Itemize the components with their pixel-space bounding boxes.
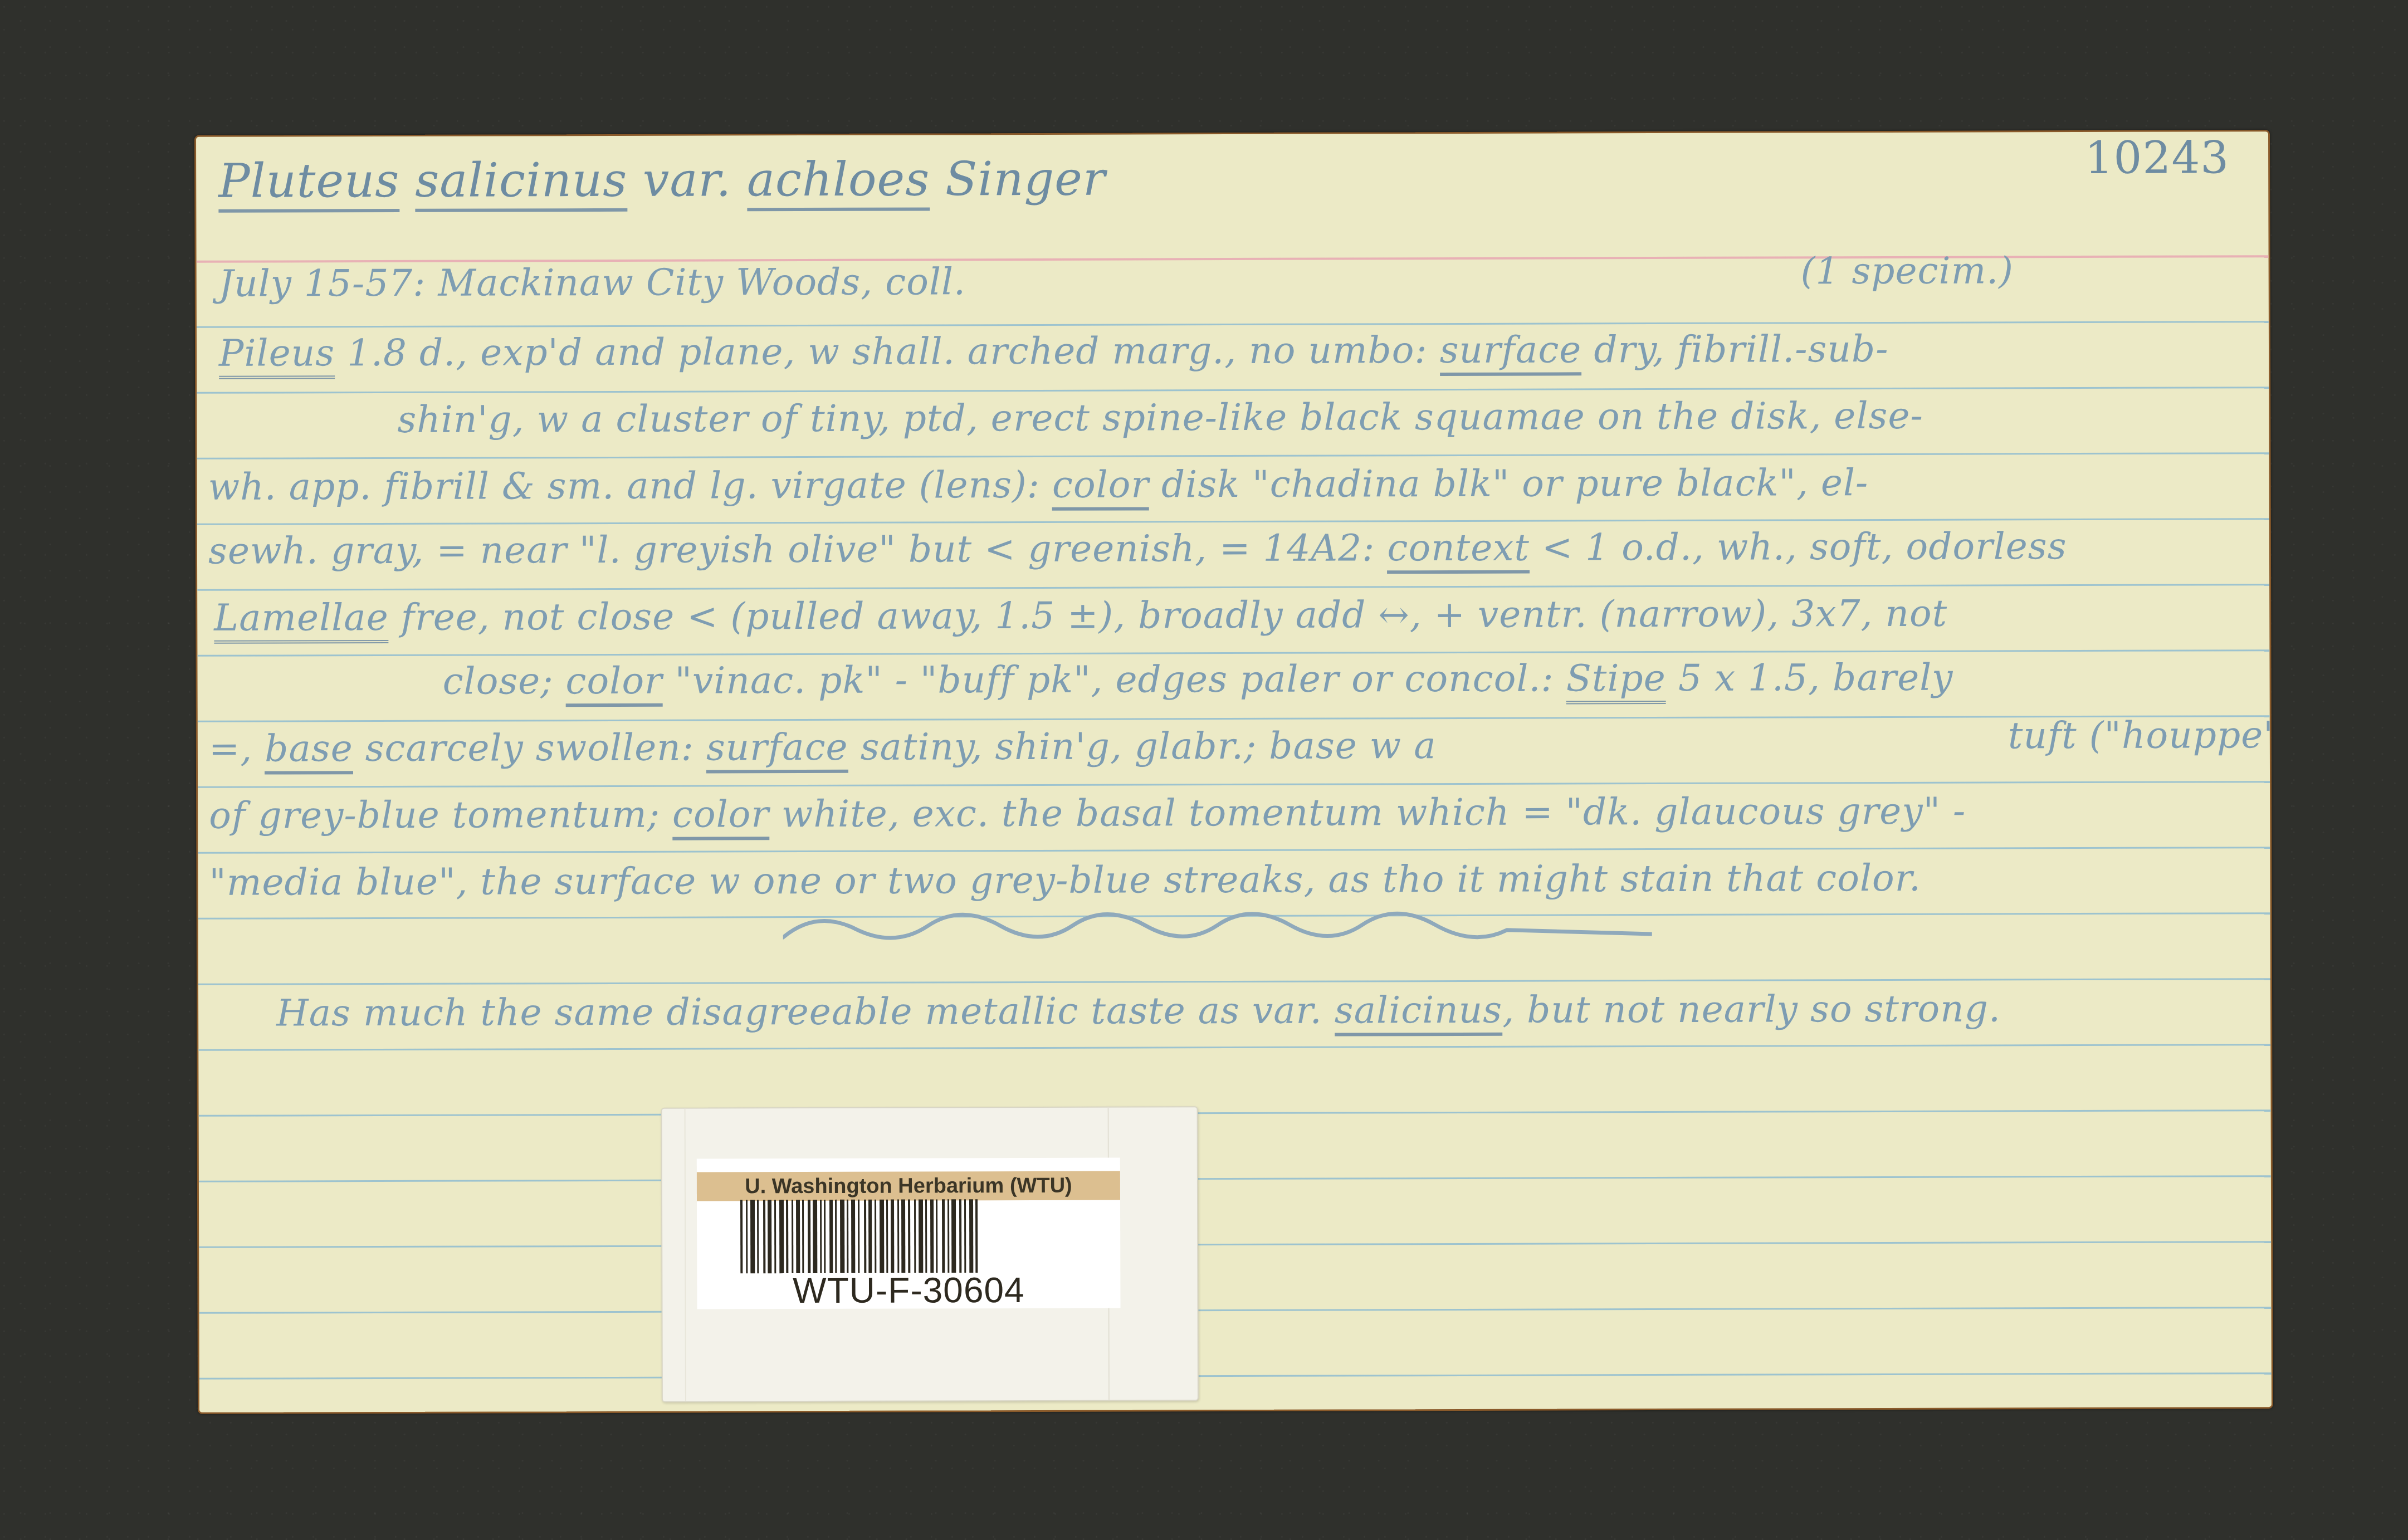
description-line: of grey-blue tomentum; color white, exc.…: [209, 790, 1966, 837]
description-line: shin'g, w a cluster of tiny, ptd, erect …: [397, 394, 1923, 441]
description-line: =, base scarcely swollen: surface satiny…: [209, 724, 1437, 770]
line-text: scarcely swollen:: [353, 726, 706, 770]
underlined-term: context: [1387, 526, 1530, 574]
line-text: of grey-blue tomentum;: [209, 793, 672, 837]
line-text: free, not close < (pulled away, 1.5 ±), …: [389, 592, 1948, 639]
rule-line: [197, 387, 2269, 394]
line-text: 5 x 1.5, barely: [1666, 656, 1953, 700]
rule-line: [198, 781, 2270, 788]
catalog-number: 10243: [2084, 131, 2229, 184]
line-text: dry, fibrill.-sub-: [1581, 327, 1888, 371]
underlined-term: color: [672, 793, 769, 840]
barcode-label: U. Washington Herbarium (WTU) WTU-F-3060…: [697, 1158, 1121, 1309]
herbarium-card: Pluteus salicinus var. achloes Singer 10…: [194, 130, 2273, 1414]
barcode: [740, 1199, 1074, 1274]
variety: achloes: [747, 151, 930, 211]
line-text: , but not nearly so strong.: [1502, 987, 2001, 1031]
tuft-note: tuft ("houppe"): [2008, 713, 2273, 757]
rule-line: [199, 1175, 2271, 1182]
line-text: wh. app. fibrill & sm. and lg. virgate (…: [208, 463, 1053, 509]
barcode-id: WTU-F-30604: [697, 1269, 1120, 1312]
line-text: sewh. gray, = near "l. greyish olive" bu…: [208, 526, 1388, 573]
collection-line: July 15-57: Mackinaw City Woods, coll.: [219, 260, 966, 305]
line-text: =,: [209, 727, 265, 770]
taste-note-line: Has much the same disagreeable metallic …: [276, 987, 2001, 1034]
author: Singer: [945, 151, 1106, 207]
label-mount: U. Washington Herbarium (WTU) WTU-F-3060…: [661, 1106, 1199, 1402]
underlined-term: surface: [706, 726, 848, 774]
line-text: < 1 o.d., wh., soft, odorless: [1530, 525, 2067, 569]
rank: var.: [643, 152, 731, 207]
rule-line: [199, 1307, 2272, 1314]
underlined-term: color: [565, 659, 662, 707]
line-text: white, exc. the basal tomentum which = "…: [769, 790, 1966, 836]
taxon-title: Pluteus salicinus var. achloes Singer: [218, 151, 1106, 208]
underlined-term: color: [1052, 463, 1149, 510]
rule-line: [198, 978, 2270, 985]
lamellae-line: Lamellae free, not close < (pulled away,…: [214, 592, 1947, 639]
line-text: close;: [442, 659, 565, 703]
rule-line: [197, 321, 2269, 328]
rule-line: [197, 649, 2269, 657]
specimen-count: (1 specim.): [1801, 249, 2014, 292]
rule-line: [199, 1109, 2271, 1117]
rule-line: [198, 715, 2270, 722]
species: salicinus: [415, 153, 627, 212]
line-text: satiny, shin'g, glabr.; base w a: [848, 724, 1437, 769]
description-line: close; color "vinac. pk" - "buff pk", ed…: [442, 656, 1953, 703]
genus: Pluteus: [218, 153, 399, 213]
lamellae-heading: Lamellae: [214, 596, 389, 644]
underlined-term: base: [265, 727, 353, 774]
description-line: "media blue", the surface w one or two g…: [209, 857, 1921, 904]
rule-line: [199, 1372, 2272, 1380]
line-text: "vinac. pk" - "buff pk", edges paler or …: [663, 657, 1566, 702]
rule-line: [198, 1044, 2270, 1051]
pileus-heading: Pileus: [219, 331, 335, 379]
rule-line: [197, 452, 2269, 459]
rule-line: [197, 584, 2269, 591]
rule-line: [198, 847, 2270, 854]
line-text: Has much the same disagreeable metallic …: [276, 989, 1335, 1035]
line-text: 1.8 d., exp'd and plane, w shall. arched…: [335, 329, 1440, 374]
mount-fold: [685, 1109, 686, 1401]
description-line: sewh. gray, = near "l. greyish olive" bu…: [208, 525, 2067, 573]
description-line: wh. app. fibrill & sm. and lg. virgate (…: [208, 461, 1869, 509]
institution-name: U. Washington Herbarium (WTU): [697, 1171, 1120, 1201]
line-text: disk "chadina blk" or pure black", el-: [1149, 461, 1868, 506]
wavy-underline-mark: [783, 902, 1652, 949]
underlined-term: salicinus: [1335, 989, 1503, 1037]
pileus-line: Pileus 1.8 d., exp'd and plane, w shall.…: [219, 327, 1889, 375]
rule-line: [199, 1241, 2271, 1248]
rule-line: [197, 518, 2269, 525]
collection-text: July 15-57: Mackinaw City Woods, coll.: [219, 260, 966, 305]
stipe-heading: Stipe: [1566, 657, 1666, 704]
underlined-term: surface: [1440, 328, 1582, 376]
